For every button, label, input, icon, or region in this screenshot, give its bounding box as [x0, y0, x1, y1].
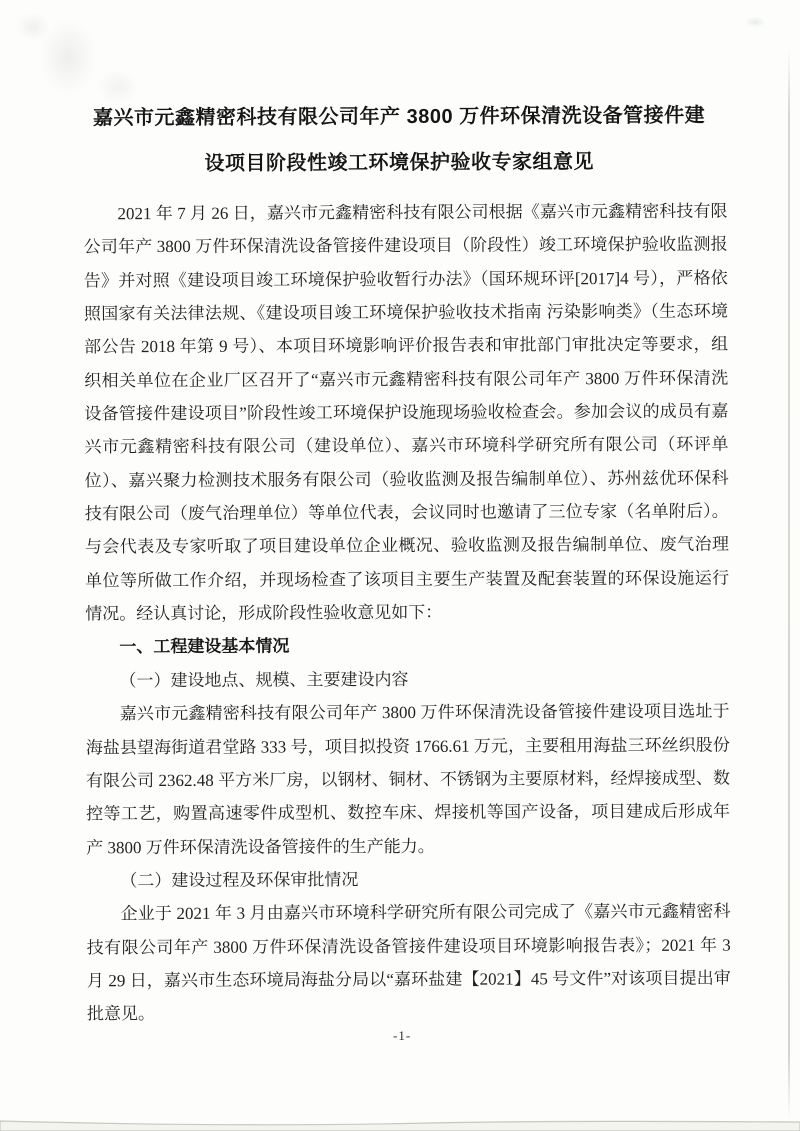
document-paragraph: 2021 年 7 月 26 日，嘉兴市元鑫精密科技有限公司根据《嘉兴市元鑫精密科…	[83, 195, 729, 631]
page-number: -1-	[2, 1026, 800, 1045]
document-title: 嘉兴市元鑫精密科技有限公司年产 3800 万件环保清洗设备管接件建设项目阶段性竣…	[88, 93, 710, 188]
subsection-heading: （一）建设地点、规模、主要建设内容	[85, 661, 729, 697]
section-heading: 一、工程建设基本情况	[85, 628, 729, 664]
document-paragraph: 企业于 2021 年 3 月由嘉兴市环境科学研究所有限公司完成了《嘉兴市元鑫精密…	[86, 895, 731, 1031]
document-body: 2021 年 7 月 26 日，嘉兴市元鑫精密科技有限公司根据《嘉兴市元鑫精密科…	[83, 195, 731, 1031]
document-content: 嘉兴市元鑫精密科技有限公司年产 3800 万件环保清洗设备管接件建设项目阶段性竣…	[0, 0, 800, 1131]
scanned-document-page: 嘉兴市元鑫精密科技有限公司年产 3800 万件环保清洗设备管接件建设项目阶段性竣…	[0, 0, 800, 1131]
subsection-heading: （二）建设过程及环保审批情况	[86, 861, 730, 897]
document-paragraph: 嘉兴市元鑫精密科技有限公司年产 3800 万件环保清洗设备管接件建设项目选址于海…	[86, 695, 731, 865]
